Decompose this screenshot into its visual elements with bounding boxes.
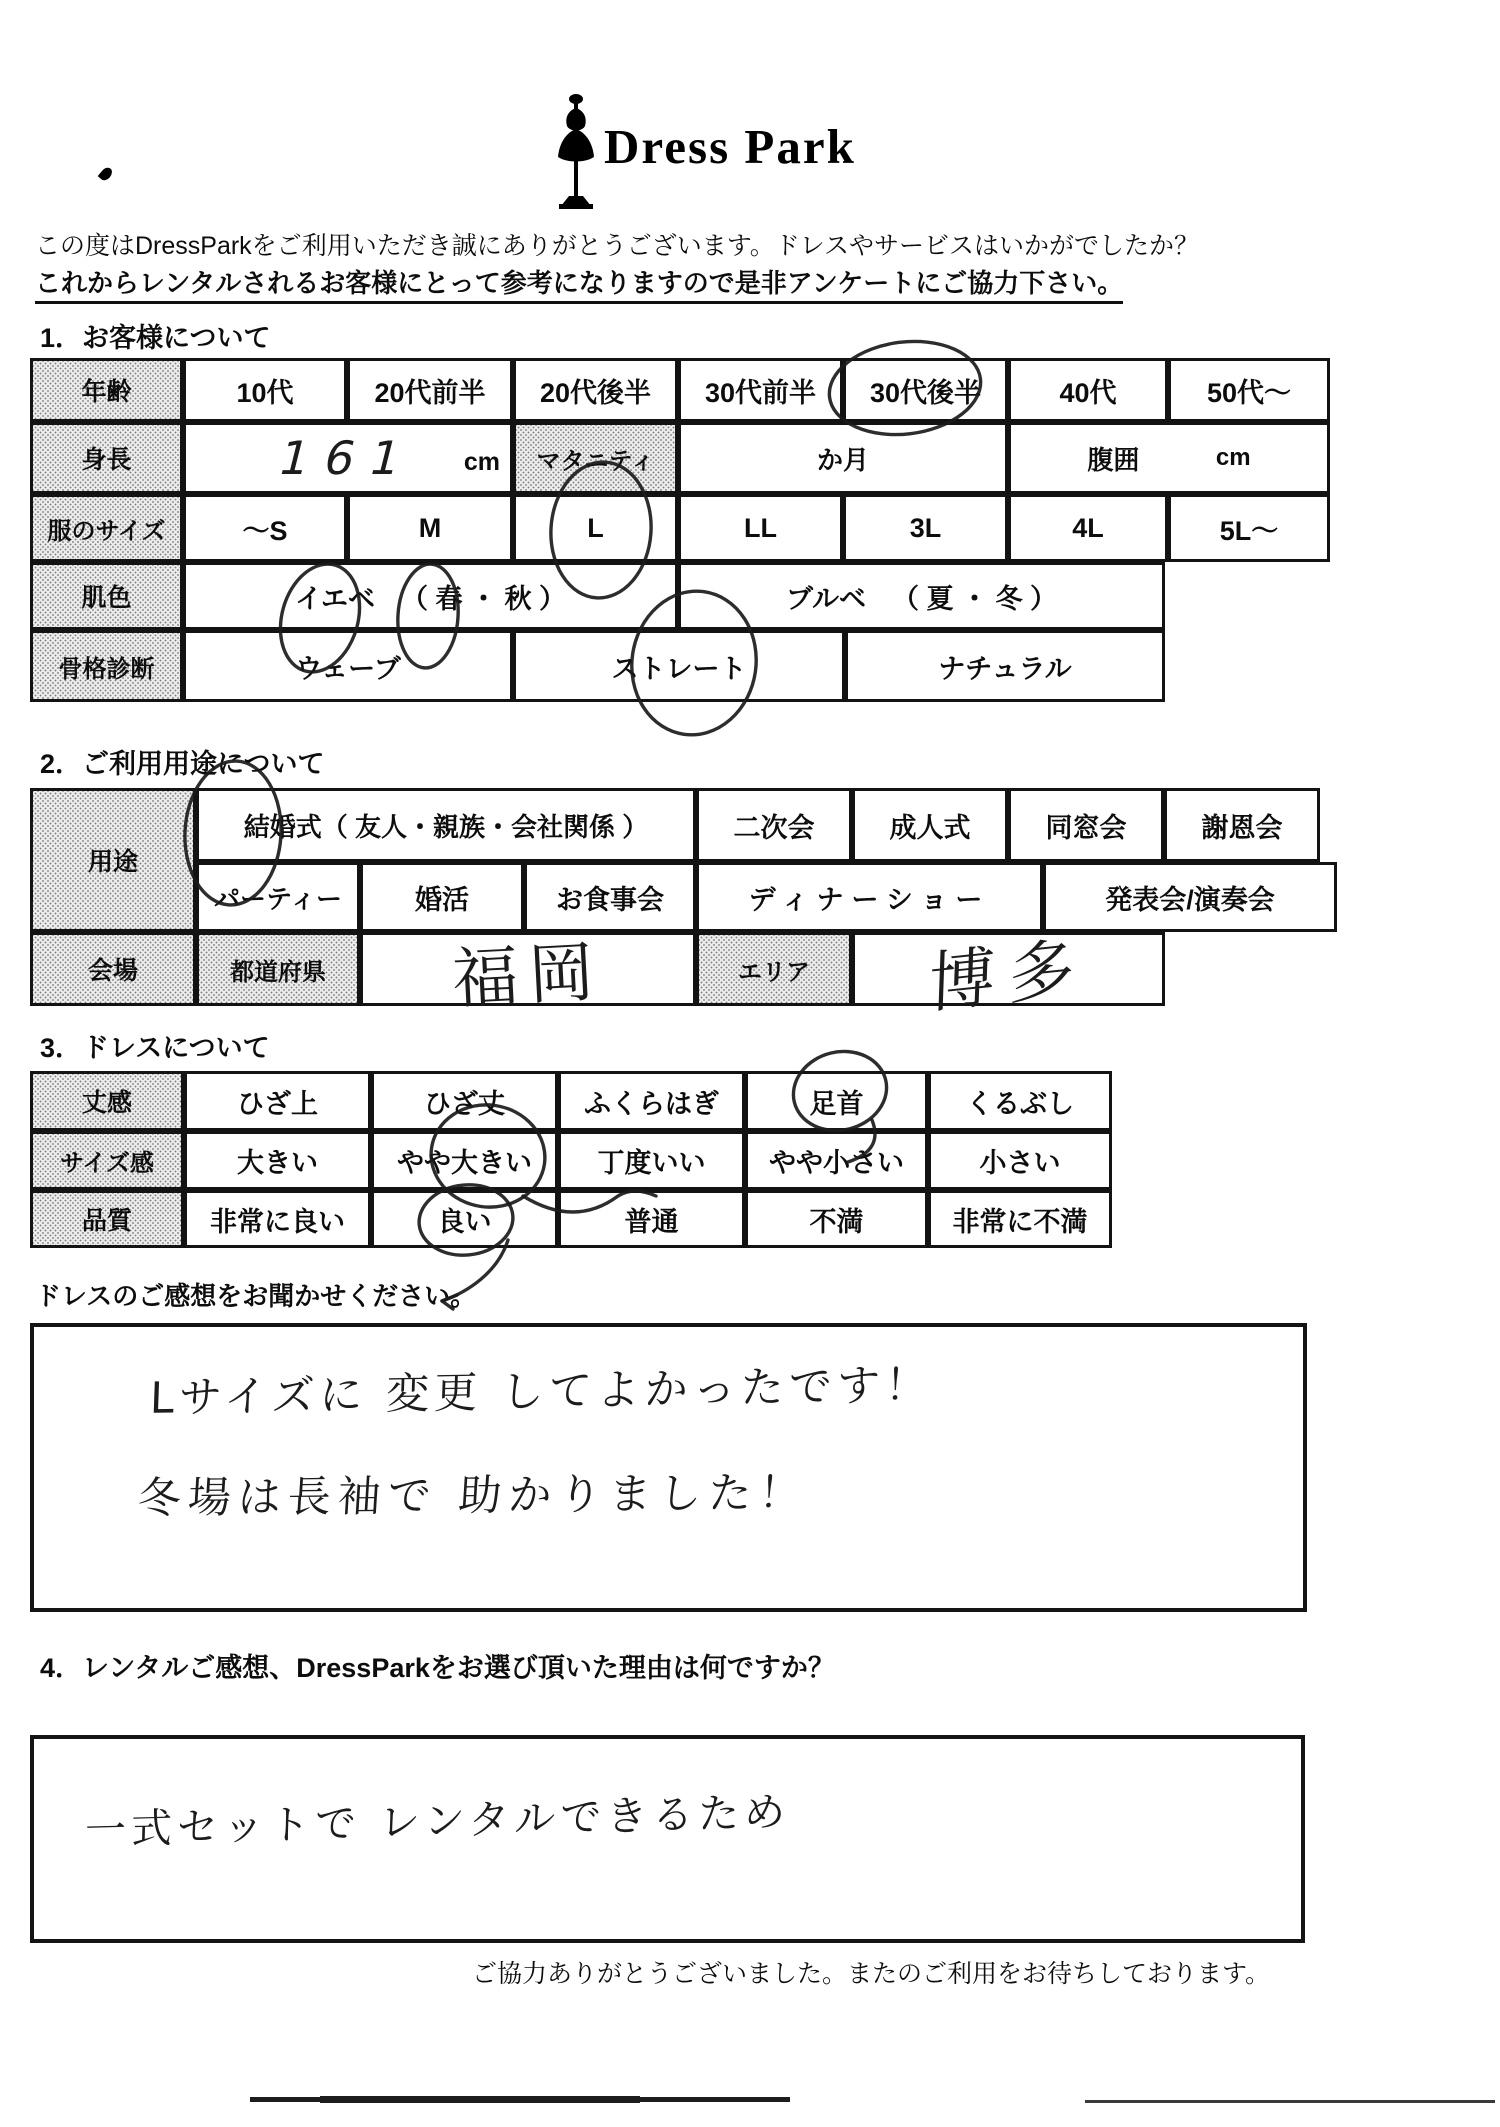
quality-option-dissatisfied: 不満 (745, 1190, 928, 1248)
frame-option-straight: ストレート (513, 630, 845, 702)
purpose-option-konkatsu: 婚活 (360, 862, 524, 932)
dress-feedback-answer-line2: 冬場は長袖で 助かりました！ (136, 1459, 810, 1526)
area-value-handwritten: 博多 (927, 913, 1089, 1026)
waist-unit: cm (1216, 444, 1251, 472)
intro-line1: この度はDressParkをご利用いただき誠にありがとうございます。ドレスやサー… (35, 226, 1199, 262)
quality-option-good: 良い (371, 1190, 558, 1248)
scan-line-left-dark (320, 2096, 640, 2103)
fit-option-slightly-small: やや小さい (745, 1131, 928, 1190)
maternity-label: マタニティ (513, 422, 678, 494)
size-option-ll: LL (678, 494, 843, 562)
height-value-handwritten: 161 (273, 431, 422, 485)
quality-option-very-dissatisfied: 非常に不満 (928, 1190, 1112, 1248)
area-label: エリア (696, 932, 852, 1006)
purpose-option-reunion: 同窓会 (1008, 788, 1164, 862)
prefecture-value-handwritten: 福岡 (450, 918, 607, 1021)
purpose-option-wedding: 結婚式（ 友人・親族・会社関係 ） (196, 788, 696, 862)
scan-speck (98, 165, 115, 182)
purpose-option-thanksparty: 謝恩会 (1164, 788, 1320, 862)
length-option-calf: ふくらはぎ (558, 1071, 745, 1131)
size-option-m: M (347, 494, 513, 562)
logo-wordmark: Dress Park (604, 118, 856, 175)
skin-label: 肌色 (30, 562, 183, 630)
frame-label: 骨格診断 (30, 630, 183, 702)
size-option-3l: 3L (843, 494, 1008, 562)
prefecture-label: 都道府県 (196, 932, 360, 1006)
age-option-late-30s: 30代後半 (843, 358, 1008, 422)
length-option-above-knee: ひざ上 (184, 1071, 371, 1131)
purpose-label: 用途 (30, 788, 196, 932)
section4-title: 4．レンタルご感想、DressParkをお選び頂いた理由は何ですか？ (40, 1646, 835, 1685)
age-option-50s: 50代～ (1168, 358, 1330, 422)
quality-option-very-good: 非常に良い (184, 1190, 371, 1248)
waist-label: 腹囲 (1087, 440, 1139, 477)
size-option-s: ～S (183, 494, 347, 562)
length-option-anklebone: くるぶし (928, 1071, 1112, 1131)
frame-option-wave: ウェーブ (183, 630, 513, 702)
age-label: 年齢 (30, 358, 183, 422)
size-option-l: L (513, 494, 678, 562)
dress-feedback-prompt: ドレスのご感想をお聞かせください。 (35, 1276, 476, 1313)
section1-title: 1．お客様について (40, 316, 270, 355)
age-option-early-20s: 20代前半 (347, 358, 513, 422)
skin-blue-seasons: （ 夏 ・ 冬 ） (892, 577, 1057, 616)
age-option-40s: 40代 (1008, 358, 1168, 422)
intro-line2: これからレンタルされるお客様にとって参考になりますので是非アンケートにご協力下さ… (35, 268, 1123, 304)
skin-yellow-seasons: （ 春 ・ 秋 ） (401, 577, 566, 616)
fit-option-slightly-large: やや大きい (371, 1131, 558, 1190)
length-label: 丈感 (30, 1071, 184, 1131)
fit-option-small: 小さい (928, 1131, 1112, 1190)
fit-option-large: 大きい (184, 1131, 371, 1190)
height-label: 身長 (30, 422, 183, 494)
quality-label: 品質 (30, 1190, 184, 1248)
size-label: 服のサイズ (30, 494, 183, 562)
scan-line-right (1085, 2100, 1495, 2103)
survey-form-page: Dress Park この度はDressParkをご利用いただき誠にありがとうご… (0, 0, 1500, 2127)
frame-option-natural: ナチュラル (845, 630, 1165, 702)
dress-mannequin-icon (553, 93, 599, 215)
age-option-10s: 10代 (183, 358, 347, 422)
footer-thanks: ご協力ありがとうございました。またのご利用をお待ちしております。 (472, 1954, 1270, 1990)
quality-option-average: 普通 (558, 1190, 745, 1248)
purpose-option-party: パーティー (196, 862, 360, 932)
section2-title: 2．ご利用用途について (40, 742, 324, 781)
size-option-4l: 4L (1008, 494, 1168, 562)
skin-option-blue: ブルベ (786, 577, 866, 616)
height-unit: cm (464, 448, 500, 477)
maternity-months-label: か月 (678, 422, 1008, 494)
length-option-knee: ひざ丈 (371, 1071, 558, 1131)
purpose-option-coming-of-age: 成人式 (852, 788, 1008, 862)
age-option-late-20s: 20代後半 (513, 358, 678, 422)
venue-label: 会場 (30, 932, 196, 1006)
length-option-ankle: 足首 (745, 1071, 928, 1131)
fit-label: サイズ感 (30, 1131, 184, 1190)
purpose-option-afterparty: 二次会 (696, 788, 852, 862)
skin-option-yellow: イエベ (295, 577, 375, 616)
section3-title: 3．ドレスについて (40, 1026, 270, 1065)
purpose-option-dinnershow: ディナーショー (696, 862, 1043, 932)
age-option-early-30s: 30代前半 (678, 358, 843, 422)
fit-option-just-right: 丁度いい (558, 1131, 745, 1190)
size-option-5l: 5L～ (1168, 494, 1330, 562)
